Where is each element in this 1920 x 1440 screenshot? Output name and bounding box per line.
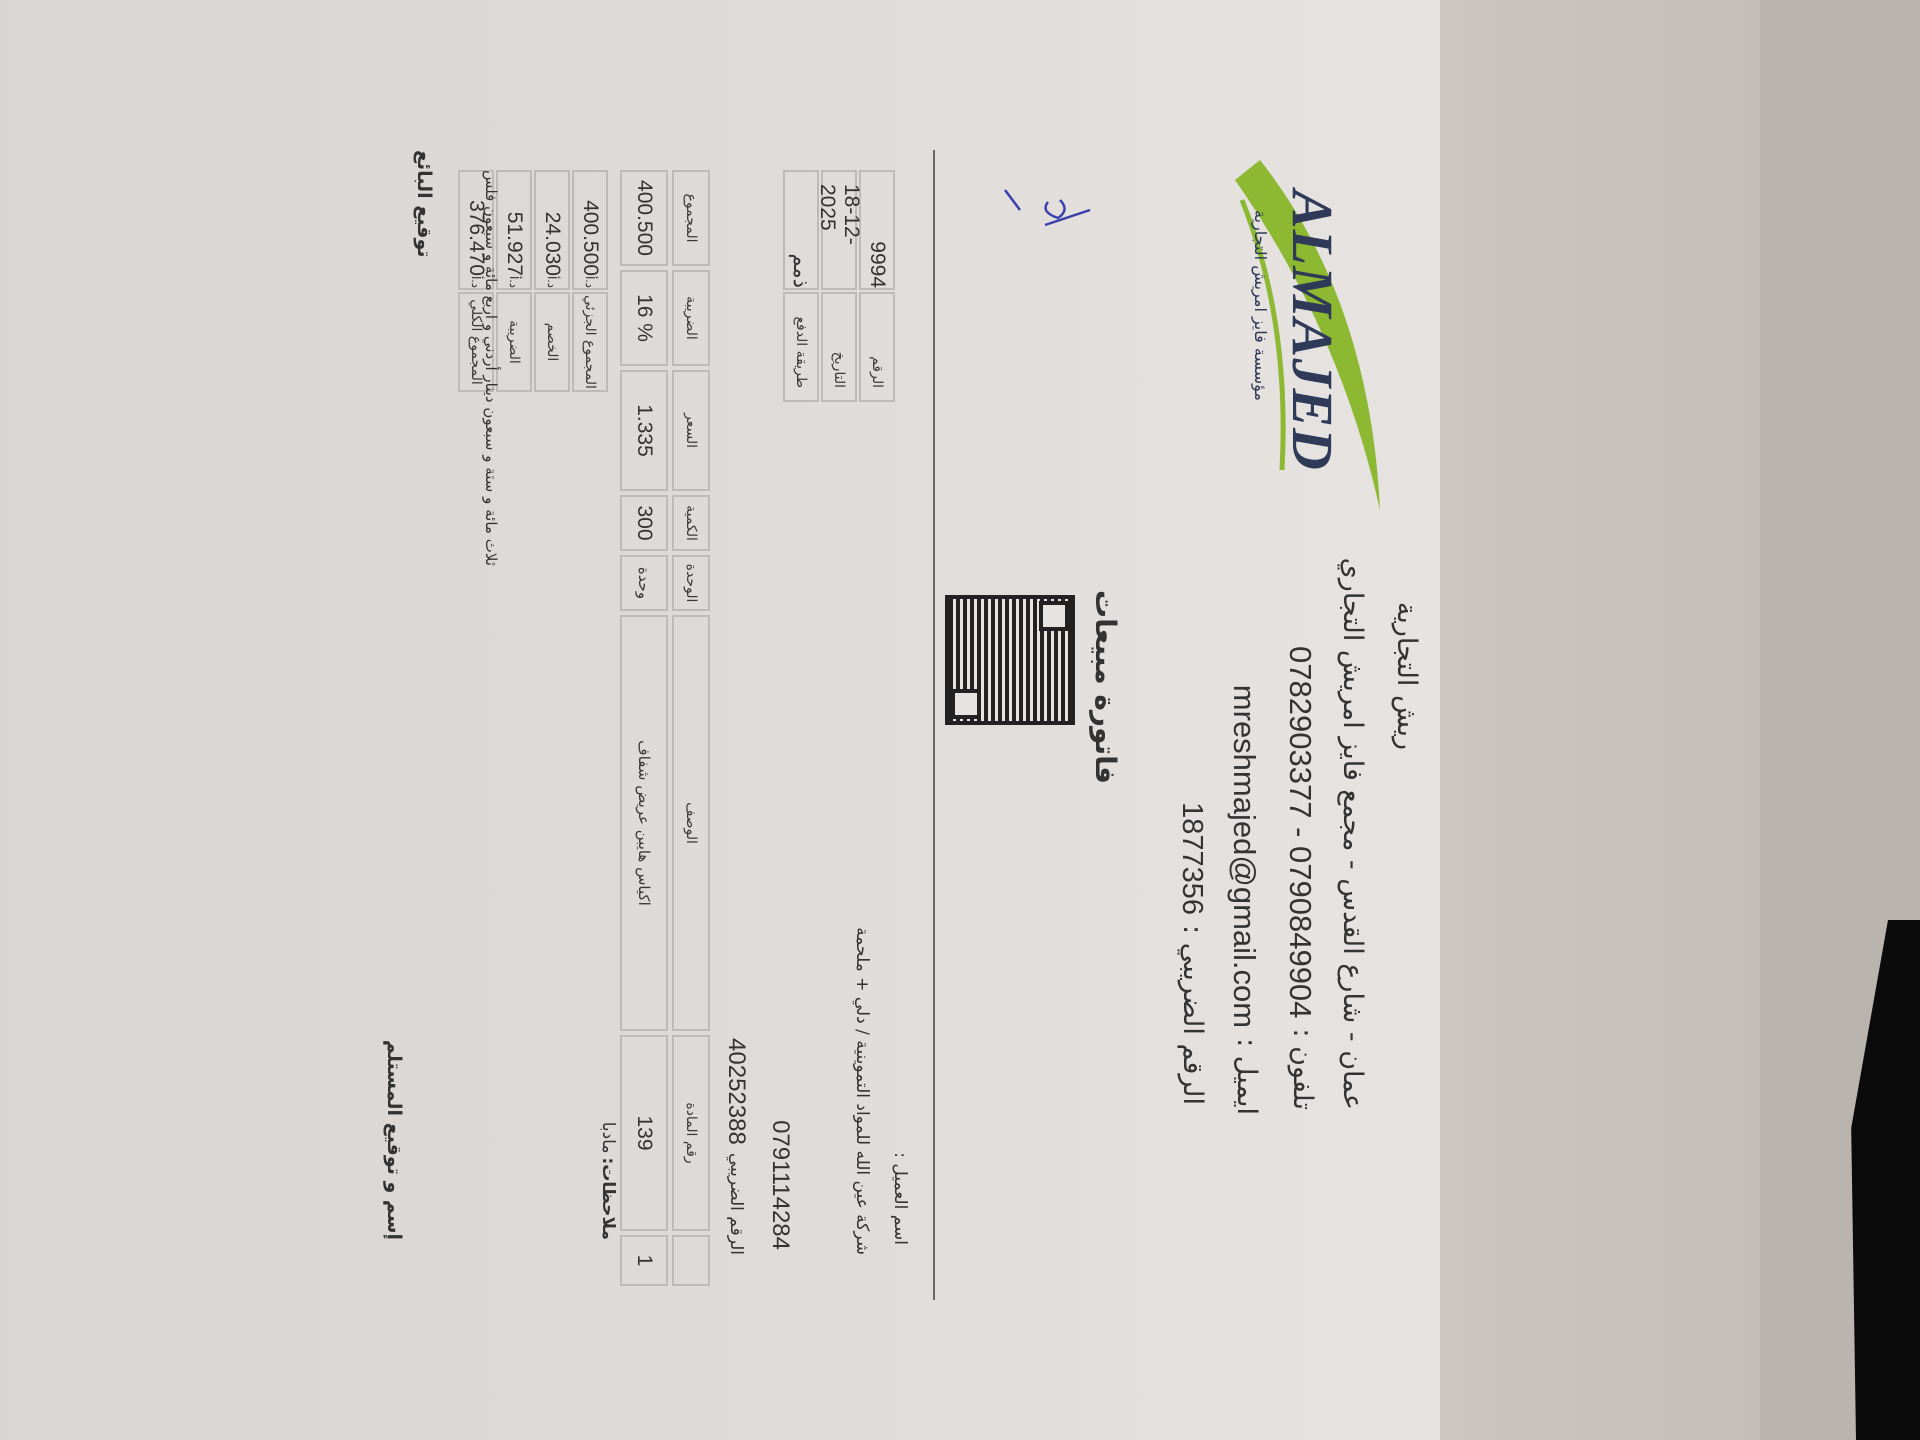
meta-value: ذمم xyxy=(783,170,819,290)
total-amount: 400.500 xyxy=(578,200,602,276)
items-cell-tax: % 16 xyxy=(620,270,668,366)
items-cell-quantity: 300 xyxy=(620,495,668,551)
meta-value: 9994 xyxy=(859,170,895,290)
items-header-quantity: الكمية xyxy=(672,495,710,551)
items-cell-item_no: 139 xyxy=(620,1035,668,1231)
currency-label: د.أ xyxy=(583,276,597,288)
items-cell-index: 1 xyxy=(620,1235,668,1286)
items-header-total: المجموع xyxy=(672,170,710,266)
customer-name: شركة عين الله للمواد التموينية / دلي + م… xyxy=(852,927,872,1255)
company-tax: الرقم الضريبي : 1877356 xyxy=(1175,802,1208,1105)
notes: ملاحظات: مادبا xyxy=(598,1122,618,1240)
logo-subtitle: مؤسسة فايز امريش التجارية xyxy=(1251,210,1270,401)
total-label: الخصم xyxy=(534,292,570,392)
items-header-tax: الضريبة xyxy=(672,270,710,366)
items-cell-total: 400.500 xyxy=(620,170,668,266)
notes-label: ملاحظات: xyxy=(598,1157,618,1240)
total-label: المجموع الجزئي xyxy=(572,292,608,392)
items-header-unit: الوحدة xyxy=(672,555,710,611)
items-header-index xyxy=(672,1235,710,1286)
email-label: ايميل : xyxy=(1226,1038,1262,1115)
seller-signature-label: توقيع البائع xyxy=(413,150,435,258)
company-address: عمان - شارع القدس - مجمع فايز امريش التج… xyxy=(1337,558,1368,1110)
items-cell-unit: وحدة xyxy=(620,555,668,611)
total-label: الضريبة xyxy=(496,292,532,392)
total-value: 51.927 د.أ xyxy=(496,170,532,290)
customer-tax-label: الرقم الضريبي xyxy=(726,1153,746,1255)
customer-label: اسم العميل : xyxy=(890,1152,910,1245)
total-value: 24.030 د.أ xyxy=(534,170,570,290)
tax-label: الرقم الضريبي : xyxy=(1175,925,1208,1105)
total-amount: 24.030 xyxy=(540,212,564,276)
total-amount: 51.927 xyxy=(502,212,526,276)
currency-label: د.أ xyxy=(545,276,559,288)
items-header-item_no: رقم المادة xyxy=(672,1035,710,1231)
items-header-description: الوصف xyxy=(672,615,710,1031)
customer-phone: 0791114284 xyxy=(766,1120,794,1250)
meta-label: طريقة الدفع xyxy=(783,292,819,402)
phone-value: 0782903377 - 0790849904 xyxy=(1282,646,1318,1018)
currency-label: د.أ xyxy=(507,276,521,288)
qr-code xyxy=(945,595,1075,725)
amount-in-words: ثلاث مائة و ستة و سبعون دينار أردني و ار… xyxy=(482,170,500,566)
meta-label: الرقم xyxy=(859,292,895,402)
meta-value: 18-12-2025 xyxy=(821,170,857,290)
customer-tax: الرقم الضريبي 40252388 xyxy=(722,1038,750,1255)
items-cell-description: اكياس هايبن عريض شفاف xyxy=(620,615,668,1031)
currency-label: د.أ xyxy=(469,276,483,288)
receiver-signature-label: إسم و توقيع المستلم xyxy=(383,1040,405,1240)
items-cell-price: 1.335 xyxy=(620,370,668,491)
items-header-price: السعر xyxy=(672,370,710,491)
company-email: ايميل : mreshmajed@gmail.com xyxy=(1226,685,1262,1115)
company-logo: ALMAJED مؤسسة فايز امريش التجارية xyxy=(1220,140,1410,520)
header-divider xyxy=(933,150,935,1300)
email-value: mreshmajed@gmail.com xyxy=(1226,685,1262,1028)
notes-value: مادبا xyxy=(598,1122,618,1154)
tax-value: 1877356 xyxy=(1175,802,1208,915)
handwritten-initials-icon xyxy=(990,170,1100,290)
meta-label: التاريخ xyxy=(821,292,857,402)
address-text: عمان - شارع القدس - مجمع فايز امريش التج… xyxy=(1337,558,1368,1110)
total-value: 400.500 د.أ xyxy=(572,170,608,290)
customer-tax-value: 40252388 xyxy=(722,1038,750,1145)
invoice-title: فاتورة مبيعات xyxy=(1089,590,1122,784)
invoice-paper: ريش التجارية عمان - شارع القدس - مجمع فا… xyxy=(0,0,1440,1440)
company-phones: تلفون : 0782903377 - 0790849904 xyxy=(1282,646,1318,1110)
logo-brand: ALMAJED xyxy=(1279,190,1346,471)
company-name-partial: ريش التجارية xyxy=(1391,602,1422,750)
phone-label: تلفون : xyxy=(1282,1028,1318,1110)
